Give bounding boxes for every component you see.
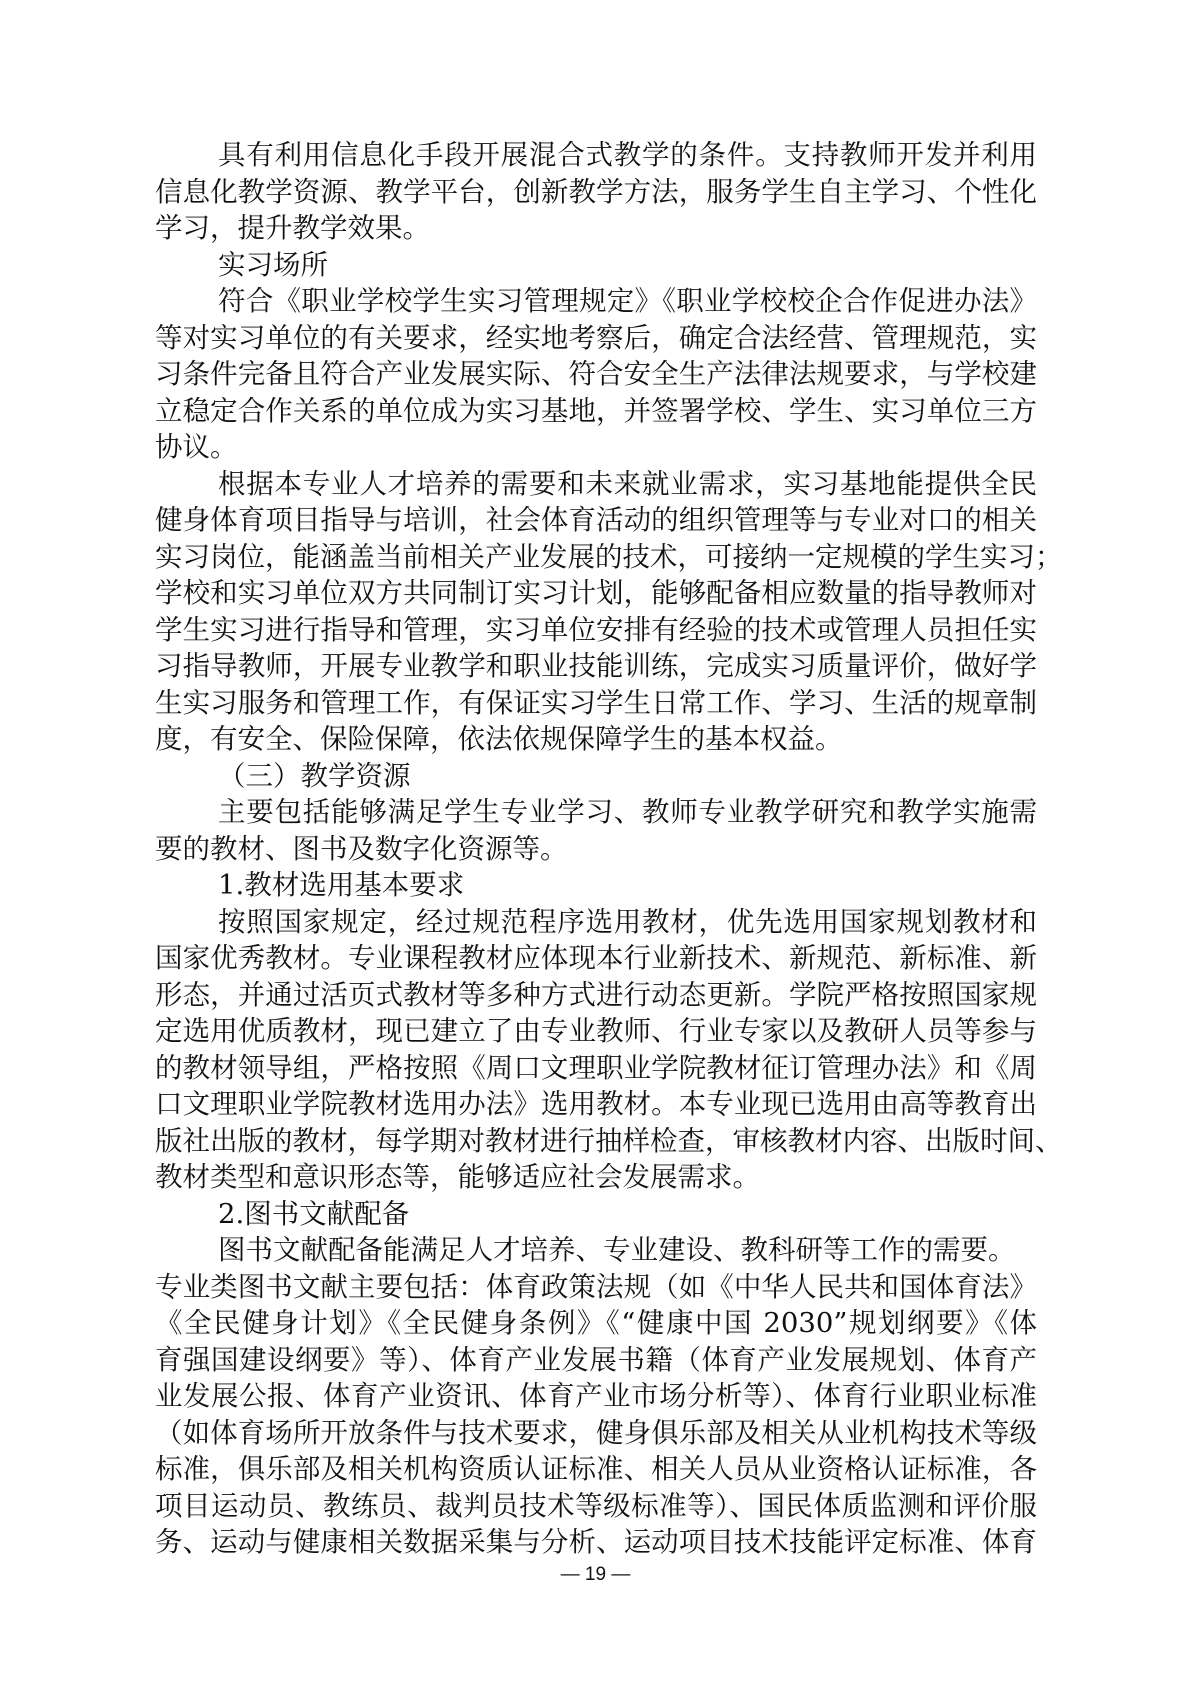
- paragraph-line: 标准，俱乐部及相关机构资质认证标准、相关人员从业资格认证标准，各: [155, 1451, 1037, 1488]
- paragraph-line: 口文理职业学院教材选用办法》选用教材。本专业现已选用由高等教育出: [155, 1086, 1037, 1123]
- paragraph-line: 实习岗位，能涵盖当前相关产业发展的技术，可接纳一定规模的学生实习；: [155, 539, 1037, 576]
- paragraph-line: 符合《职业学校学生实习管理规定》《职业学校校企合作促进办法》: [155, 283, 1037, 320]
- paragraph-line: 信息化教学资源、教学平台，创新教学方法，服务学生自主学习、个性化: [155, 174, 1037, 211]
- paragraph-line: 习条件完备且符合产业发展实际、符合安全生产法律法规要求，与学校建: [155, 356, 1037, 393]
- paragraph-line: 度，有安全、保险保障，依法依规保障学生的基本权益。: [155, 721, 1037, 758]
- paragraph-line: 立稳定合作关系的单位成为实习基地，并签署学校、学生、实习单位三方: [155, 393, 1037, 430]
- paragraph-line: 《全民健身计划》《全民健身条例》《“健康中国 2030”规划纲要》《体: [155, 1305, 1037, 1342]
- paragraph-line: 国家优秀教材。专业课程教材应体现本行业新技术、新规范、新标准、新: [155, 940, 1037, 977]
- paragraph-line: 项目运动员、教练员、裁判员技术等级标准等）、国民体质监测和评价服: [155, 1488, 1037, 1525]
- paragraph-line: 等对实习单位的有关要求，经实地考察后，确定合法经营、管理规范，实: [155, 320, 1037, 357]
- paragraph-line: 图书文献配备能满足人才培养、专业建设、教科研等工作的需要。: [155, 1232, 1037, 1269]
- paragraph-line: 习指导教师，开展专业教学和职业技能训练，完成实习质量评价，做好学: [155, 648, 1037, 685]
- section-heading-internship-site: 实习场所: [155, 247, 1037, 284]
- section-heading-textbook-selection: 1.教材选用基本要求: [155, 867, 1037, 904]
- paragraph-line: 教材类型和意识形态等，能够适应社会发展需求。: [155, 1159, 1037, 1196]
- paragraph-line: 专业类图书文献主要包括：体育政策法规（如《中华人民共和国体育法》: [155, 1269, 1037, 1306]
- paragraph-line: 健身体育项目指导与培训，社会体育活动的组织管理等与专业对口的相关: [155, 502, 1037, 539]
- paragraph-line: 生实习服务和管理工作，有保证实习学生日常工作、学习、生活的规章制: [155, 685, 1037, 722]
- paragraph-line: 业发展公报、体育产业资讯、体育产业市场分析等）、体育行业职业标准: [155, 1378, 1037, 1415]
- paragraph-line: 学生实习进行指导和管理，实习单位安排有经验的技术或管理人员担任实: [155, 612, 1037, 649]
- section-heading-teaching-resources: （三）教学资源: [155, 758, 1037, 795]
- paragraph-line: 的教材领导组，严格按照《周口文理职业学院教材征订管理办法》和《周: [155, 1050, 1037, 1087]
- paragraph-line: 学校和实习单位双方共同制订实习计划，能够配备相应数量的指导教师对: [155, 575, 1037, 612]
- section-heading-library-resources: 2.图书文献配备: [155, 1196, 1037, 1233]
- paragraph-line: 版社出版的教材，每学期对教材进行抽样检查，审核教材内容、出版时间、: [155, 1123, 1037, 1160]
- paragraph-line: 形态，并通过活页式教材等多种方式进行动态更新。学院严格按照国家规: [155, 977, 1037, 1014]
- paragraph-line: 学习，提升教学效果。: [155, 210, 1037, 247]
- paragraph-line: 务、运动与健康相关数据采集与分析、运动项目技术技能评定标准、体育: [155, 1524, 1037, 1561]
- paragraph-line: 具有利用信息化手段开展混合式教学的条件。支持教师开发并利用: [155, 137, 1037, 174]
- paragraph-line: 育强国建设纲要》等）、体育产业发展书籍（体育产业发展规划、体育产: [155, 1342, 1037, 1379]
- body-text: 具有利用信息化手段开展混合式教学的条件。支持教师开发并利用 信息化教学资源、教学…: [155, 137, 1037, 1561]
- page-number: — 19 —: [0, 1563, 1191, 1587]
- paragraph-line: 按照国家规定，经过规范程序选用教材，优先选用国家规划教材和: [155, 904, 1037, 941]
- paragraph-line: 主要包括能够满足学生专业学习、教师专业教学研究和教学实施需: [155, 794, 1037, 831]
- paragraph-line: 协议。: [155, 429, 1037, 466]
- paragraph-line: 根据本专业人才培养的需要和未来就业需求，实习基地能提供全民: [155, 466, 1037, 503]
- paragraph-line: 定选用优质教材，现已建立了由专业教师、行业专家以及教研人员等参与: [155, 1013, 1037, 1050]
- paragraph-line: （如体育场所开放条件与技术要求，健身俱乐部及相关从业机构技术等级: [155, 1415, 1037, 1452]
- document-page: 具有利用信息化手段开展混合式教学的条件。支持教师开发并利用 信息化教学资源、教学…: [0, 0, 1191, 1684]
- paragraph-line: 要的教材、图书及数字化资源等。: [155, 831, 1037, 868]
